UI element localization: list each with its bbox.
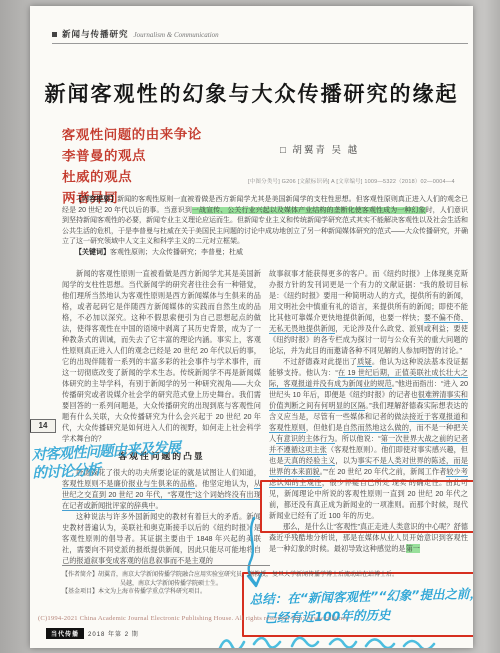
journal-header: 新闻与传播研究 Journalism & Communication <box>52 28 219 40</box>
text-line: 客观性问题的由来争论 <box>62 125 202 147</box>
cut-off-handwriting <box>216 630 473 648</box>
footnotes-block: 【作者简介】胡翼青，南京大学新闻传播学院融合应用实验室研究员，副教授，复旦大学新… <box>62 571 468 597</box>
left-column-part1: 新闻的客观性原则一直被看做是西方新闻学尤其是美国新闻学的支柱性思想。当代新闻学的… <box>62 268 261 444</box>
author-line: □ 胡翼青 吴 越 <box>280 142 359 156</box>
left-column-part2: 舒德森花了很大的功夫所要论证的就是试图让人们知道，客观性原则不是廉价报业与生俱来… <box>62 467 261 566</box>
header-divider <box>52 43 468 44</box>
red-emphasis-box <box>260 480 473 533</box>
text-line: 【作者简介】胡翼青，南京大学新闻传播学院融合应用实验室研究员，副教授，复旦大学新… <box>62 571 468 580</box>
article-title: 新闻客观性的幻象与大众传播研究的缘起 <box>30 78 473 108</box>
keywords-line: 【关键词】客观性原则；大众传播研究；李普曼；杜威 <box>62 248 468 259</box>
text-line: 杜威的观点 <box>62 167 202 189</box>
copyright-line: (C)1994-2021 China Academic Journal Elec… <box>38 615 470 622</box>
paragraph: 这种说法与许多外国新闻史的教材有着巨大的矛盾。新闻史教材普遍认为，美联社和奥克斯… <box>62 511 261 566</box>
paragraph: 故事叙事才能获得更多的客户。而《纽约时报》上体现奥克斯办报方针的发刊词更是一个有… <box>269 268 468 356</box>
page-number-tab: 14 <box>30 419 56 433</box>
square-bullet-icon <box>52 32 57 37</box>
abstract-paragraph: 【内容提要】新闻的客观性原则一直被看做是西方新闻学尤其是美国新闻学的支柱性思想。… <box>62 195 468 248</box>
paragraph: 新闻的客观性原则一直被看做是西方新闻学尤其是美国新闻学的支柱性思想。当代新闻学的… <box>62 268 261 444</box>
left-column: 新闻的客观性原则一直被看做是西方新闻学尤其是美国新闻学的支柱性思想。当代新闻学的… <box>62 268 261 566</box>
issue-label: 2018 年第 2 期 <box>88 629 139 638</box>
text-line: 【基金项目】本文为上海市传播学重点学科研究项目。 <box>62 588 468 597</box>
text-line: 吴越，南京大学新闻传播学院硕士生。 <box>62 580 468 589</box>
journal-footer: 当代传播 2018 年第 2 期 <box>46 628 139 639</box>
classification-meta-line: [中图分类号] G206 [文献标识码] A [文章编号] 1009—5322（… <box>248 177 455 185</box>
journal-badge: 当代传播 <box>46 628 84 639</box>
footnote-divider <box>62 565 270 566</box>
journal-name-cn: 新闻与传播研究 <box>62 28 129 40</box>
scanned-paper-page: 新闻与传播研究 Journalism & Communication 新闻客观性… <box>30 6 473 648</box>
text-line: 李普曼的观点 <box>62 146 202 168</box>
abstract-block: 【内容提要】新闻的客观性原则一直被看做是西方新闻学尤其是美国新闻学的支柱性思想。… <box>62 195 468 259</box>
journal-name-en: Journalism & Communication <box>134 31 219 39</box>
